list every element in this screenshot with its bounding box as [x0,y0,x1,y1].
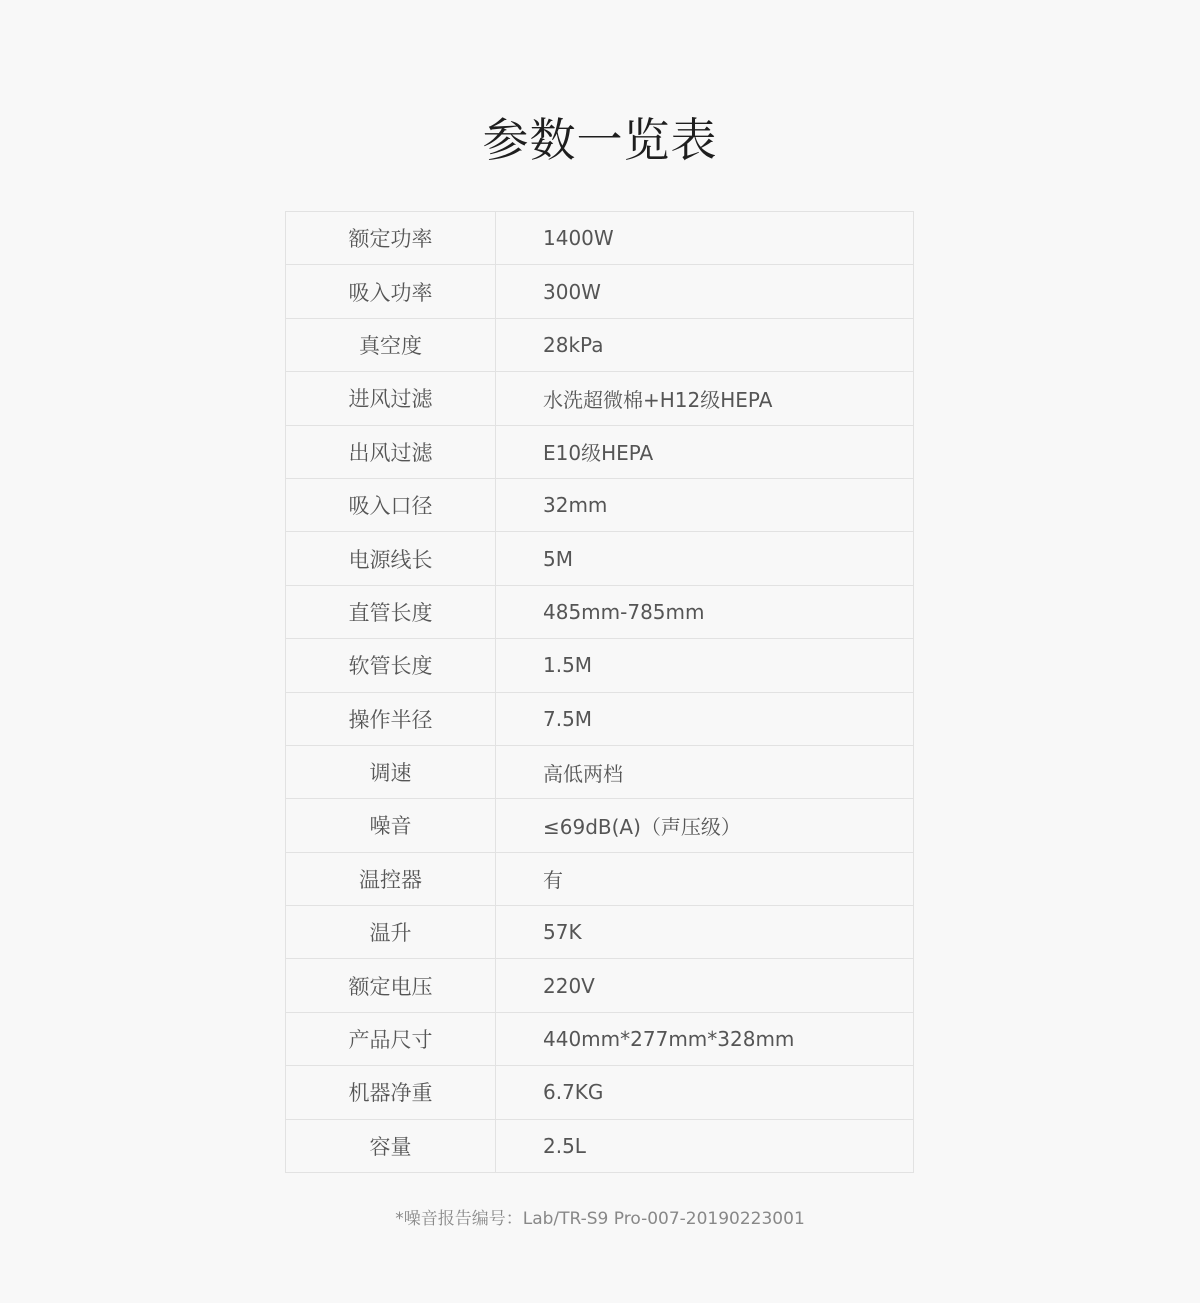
table-row: 进风过滤水洗超微棉+H12级HEPA [286,372,914,425]
spec-label: 额定电压 [286,959,496,1012]
spec-value: 有 [496,852,914,905]
table-row: 温控器有 [286,852,914,905]
spec-value: 2.5L [496,1119,914,1172]
spec-label: 真空度 [286,318,496,371]
spec-label: 额定功率 [286,212,496,265]
spec-label: 软管长度 [286,639,496,692]
table-row: 容量2.5L [286,1119,914,1172]
spec-label: 电源线长 [286,532,496,585]
table-row: 调速高低两档 [286,745,914,798]
spec-label: 温控器 [286,852,496,905]
table-row: 温升57K [286,906,914,959]
spec-value: 6.7KG [496,1066,914,1119]
table-row: 噪音≤69dB(A)（声压级） [286,799,914,852]
spec-value: 1.5M [496,639,914,692]
table-row: 软管长度1.5M [286,639,914,692]
spec-value: 7.5M [496,692,914,745]
spec-label: 吸入口径 [286,478,496,531]
spec-label: 出风过滤 [286,425,496,478]
table-row: 吸入功率300W [286,265,914,318]
spec-value: 5M [496,532,914,585]
spec-label: 操作半径 [286,692,496,745]
spec-value: 32mm [496,478,914,531]
spec-value: 1400W [496,212,914,265]
spec-label: 直管长度 [286,585,496,638]
table-row: 吸入口径32mm [286,478,914,531]
spec-value: 高低两档 [496,745,914,798]
table-row: 额定功率1400W [286,212,914,265]
spec-value: 300W [496,265,914,318]
table-row: 额定电压220V [286,959,914,1012]
spec-value: 水洗超微棉+H12级HEPA [496,372,914,425]
table-row: 操作半径7.5M [286,692,914,745]
table-row: 产品尺寸440mm*277mm*328mm [286,1012,914,1065]
spec-label: 进风过滤 [286,372,496,425]
spec-value: 485mm-785mm [496,585,914,638]
spec-label: 机器净重 [286,1066,496,1119]
spec-label: 吸入功率 [286,265,496,318]
spec-table-body: 额定功率1400W 吸入功率300W 真空度28kPa 进风过滤水洗超微棉+H1… [286,212,914,1173]
spec-value: 28kPa [496,318,914,371]
spec-table: 额定功率1400W 吸入功率300W 真空度28kPa 进风过滤水洗超微棉+H1… [285,211,914,1173]
spec-label: 容量 [286,1119,496,1172]
table-row: 机器净重6.7KG [286,1066,914,1119]
spec-value: E10级HEPA [496,425,914,478]
table-row: 电源线长5M [286,532,914,585]
spec-value: 220V [496,959,914,1012]
spec-label: 调速 [286,745,496,798]
spec-value: 440mm*277mm*328mm [496,1012,914,1065]
spec-label: 温升 [286,906,496,959]
noise-report-footnote: *噪音报告编号：Lab/TR-S9 Pro-007-20190223001 [0,1207,1200,1231]
page-title: 参数一览表 [0,108,1200,172]
spec-value: ≤69dB(A)（声压级） [496,799,914,852]
spec-value: 57K [496,906,914,959]
table-row: 真空度28kPa [286,318,914,371]
table-row: 直管长度485mm-785mm [286,585,914,638]
table-row: 出风过滤E10级HEPA [286,425,914,478]
spec-label: 产品尺寸 [286,1012,496,1065]
spec-label: 噪音 [286,799,496,852]
